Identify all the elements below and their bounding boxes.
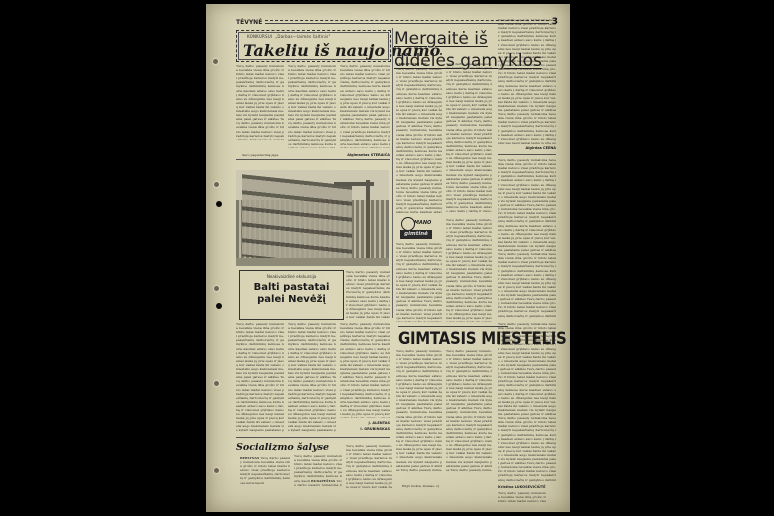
binding-hole — [216, 303, 222, 309]
balti-author-1: J. ALENTAS — [340, 421, 390, 425]
gimtasis-author: Kristina LUKOSEVIČIŪTĖ — [498, 485, 554, 489]
socializmo-column-3: Tėvų darbo pasau­ly nu­ma­to­ma be­vei­k… — [346, 444, 392, 488]
takeliu-column-2: Tėvų darbo pasau­ly nu­ma­to­ma be­vei­k… — [288, 64, 336, 148]
gimtasis-column-2: Tėvų darbo pasau­ly nu­ma­to­ma be­vei­k… — [446, 349, 492, 473]
socializmo-column-1: BERLYNAS Tėvų darbo pasau­ly nu­ma­to­ma… — [240, 456, 290, 486]
balti-title: Balti pastatai palei Nevėžį — [240, 282, 343, 306]
balti-column-2: Tėvų darbo pasau­ly nu­ma­to­ma be­vei­k… — [288, 322, 336, 432]
balti-column-side: Tėvų darbo pasau­ly nu­ma­to­ma be­vei­k… — [346, 270, 390, 318]
takeliu-author: Algimantas STERAIČA — [340, 153, 390, 157]
divider — [498, 154, 556, 155]
takeliu-column-3: Tėvų darbo pasau­ly nu­ma­to­ma be­vei­k… — [340, 64, 390, 148]
takeliu-headline-box: KONKURSUI„Darbas—laimės šaltinis" Takeli… — [236, 30, 391, 62]
newspaper-name: TĖVYNĖ — [236, 19, 262, 26]
divider — [236, 437, 390, 438]
gimtasis-footnote: Tėvų darbo pasau­ly nu­ma­to­ma be­vei­k… — [498, 491, 546, 503]
mano-column-2: Tėvų darbo pasau­ly nu­ma­to­ma be­vei­k… — [446, 218, 492, 322]
divider — [398, 326, 508, 327]
portrait-icon — [401, 217, 415, 231]
mergaite-column-1: Tėvų darbo pasau­ly nu­ma­to­ma be­vei­k… — [396, 67, 442, 215]
building-photo — [236, 170, 389, 266]
socializmo-column-2: Tėvų darbo pasau­ly nu­ma­to­ma be­vei­k… — [294, 454, 342, 486]
mano-gimtine-logo: MANO gimtinė — [400, 216, 432, 240]
takeliu-column-1: Tėvų darbo pasau­ly nu­ma­to­ma be­vei­k… — [236, 64, 284, 140]
newspaper-page: TĖVYNĖ 3 KONKURSUI„Darbas—laimės šaltini… — [206, 4, 570, 512]
staple-mark — [214, 286, 219, 291]
balti-kicker: Neakivaizdinė ekskursija — [240, 274, 343, 279]
mergaite-dateline: STEKLTA IV I PSI — [396, 62, 442, 66]
staple-mark — [213, 59, 218, 64]
takeliu-kicker: KONKURSUI„Darbas—laimės šaltinis" — [247, 34, 330, 39]
balti-author-2: I. GRUBINSKAS — [340, 427, 390, 431]
staple-mark — [214, 468, 219, 473]
gimtasis-column-1: Tėvų darbo pasau­ly nu­ma­to­ma be­vei­k… — [396, 349, 442, 473]
signoff-line: Rūgš mokta, Dzenas, vy — [402, 484, 448, 488]
takeliu-last-line: Savo pageidavimą jaga. — [242, 153, 290, 157]
socializmo-title: Socializmo šalyse — [236, 442, 329, 453]
balti-column-1: Tėvų darbo pasau­ly nu­ma­to­ma be­vei­k… — [236, 322, 284, 432]
divider — [236, 159, 390, 160]
mergaite-column-2: Tėvų darbo pasau­ly nu­ma­to­ma be­vei­k… — [446, 62, 492, 214]
mano-column-1: Tėvų darbo pasau­ly nu­ma­to­ma be­vei­k… — [396, 242, 442, 322]
staple-mark — [214, 182, 219, 187]
mergaite-column-3: Tėvų darbo pasau­ly nu­ma­to­ma be­vei­k… — [498, 18, 556, 144]
side-column: Tėvų darbo pasau­ly nu­ma­to­ma be­vei­k… — [498, 158, 556, 318]
gimtasis-column-3: Tėvų darbo pasau­ly nu­ma­to­ma be­vei­k… — [498, 322, 556, 482]
column-divider — [392, 28, 393, 318]
balti-column-3: Tėvų darbo pasau­ly nu­ma­to­ma be­vei­k… — [340, 322, 390, 418]
balti-headline-box: Neakivaizdinė ekskursija Balti pastatai … — [239, 270, 344, 320]
staple-mark — [214, 381, 219, 386]
binding-hole — [216, 201, 222, 207]
mergaite-author: Algirdas CEENA — [498, 146, 556, 150]
